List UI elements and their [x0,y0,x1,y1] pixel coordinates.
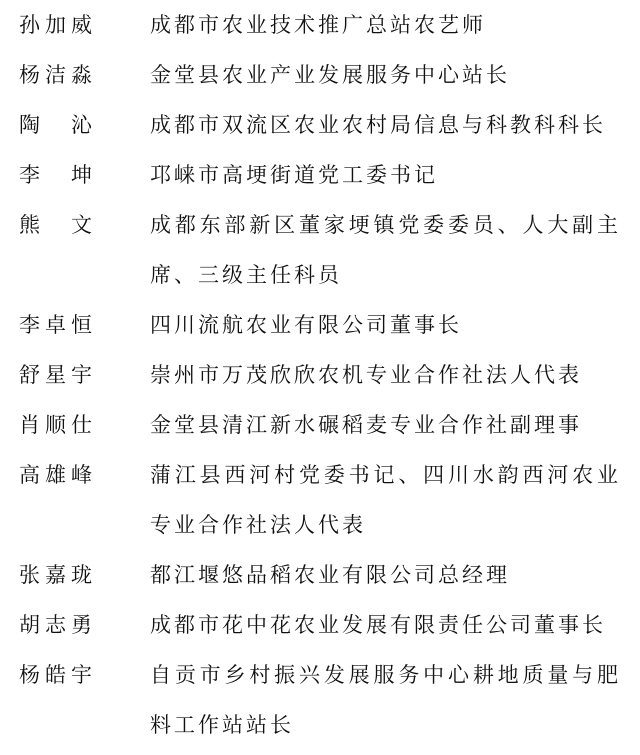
person-title: 金堂县农业产业发展服务中心站长 [150,50,621,100]
list-item: 杨洁淼 金堂县农业产业发展服务中心站长 [0,50,640,100]
person-name: 张嘉珑 [0,550,150,600]
person-title: 成都东部新区董家埂镇党委委员、人大副主席、三级主任科员 [150,200,621,300]
person-title: 成都市花中花农业发展有限责任公司董事长 [150,600,621,650]
person-name: 肖顺仕 [0,400,150,450]
list-item: 肖顺仕 金堂县清江新水碾稻麦专业合作社副理事 [0,400,640,450]
person-name: 陶 沁 [0,100,150,150]
list-item: 胡志勇 成都市花中花农业发展有限责任公司董事长 [0,600,640,650]
person-title: 邛崃市高埂街道党工委书记 [150,150,621,200]
list-item: 李 坤 邛崃市高埂街道党工委书记 [0,150,640,200]
list-item: 孙加威 成都市农业技术推广总站农艺师 [0,0,640,50]
person-title: 四川流航农业有限公司董事长 [150,300,621,350]
person-title: 成都市农业技术推广总站农艺师 [150,0,621,50]
person-name: 舒星宇 [0,350,150,400]
list-item: 舒星宇 崇州市万茂欣欣农机专业合作社法人代表 [0,350,640,400]
person-title: 都江堰悠品稻农业有限公司总经理 [150,550,621,600]
person-title: 自贡市乡村振兴发展服务中心耕地质量与肥料工作站站长 [150,650,621,750]
person-title: 蒲江县西河村党委书记、四川水韵西河农业专业合作社法人代表 [150,450,621,550]
person-name: 李 坤 [0,150,150,200]
list-item: 高雄峰 蒲江县西河村党委书记、四川水韵西河农业专业合作社法人代表 [0,450,640,550]
person-name: 杨皓宇 [0,650,150,700]
list-item: 杨皓宇 自贡市乡村振兴发展服务中心耕地质量与肥料工作站站长 [0,650,640,750]
list-item: 熊 文 成都东部新区董家埂镇党委委员、人大副主席、三级主任科员 [0,200,640,300]
person-name: 胡志勇 [0,600,150,650]
person-name: 熊 文 [0,200,150,250]
person-title: 崇州市万茂欣欣农机专业合作社法人代表 [150,350,621,400]
person-title: 金堂县清江新水碾稻麦专业合作社副理事 [150,400,621,450]
person-name: 孙加威 [0,0,150,50]
person-title: 成都市双流区农业农村局信息与科教科科长 [150,100,621,150]
person-name: 李卓恒 [0,300,150,350]
list-item: 李卓恒 四川流航农业有限公司董事长 [0,300,640,350]
list-item: 陶 沁 成都市双流区农业农村局信息与科教科科长 [0,100,640,150]
person-name: 高雄峰 [0,450,150,500]
name-title-list: 孙加威 成都市农业技术推广总站农艺师 杨洁淼 金堂县农业产业发展服务中心站长 陶… [0,0,640,755]
list-item: 张嘉珑 都江堰悠品稻农业有限公司总经理 [0,550,640,600]
person-name: 杨洁淼 [0,50,150,100]
